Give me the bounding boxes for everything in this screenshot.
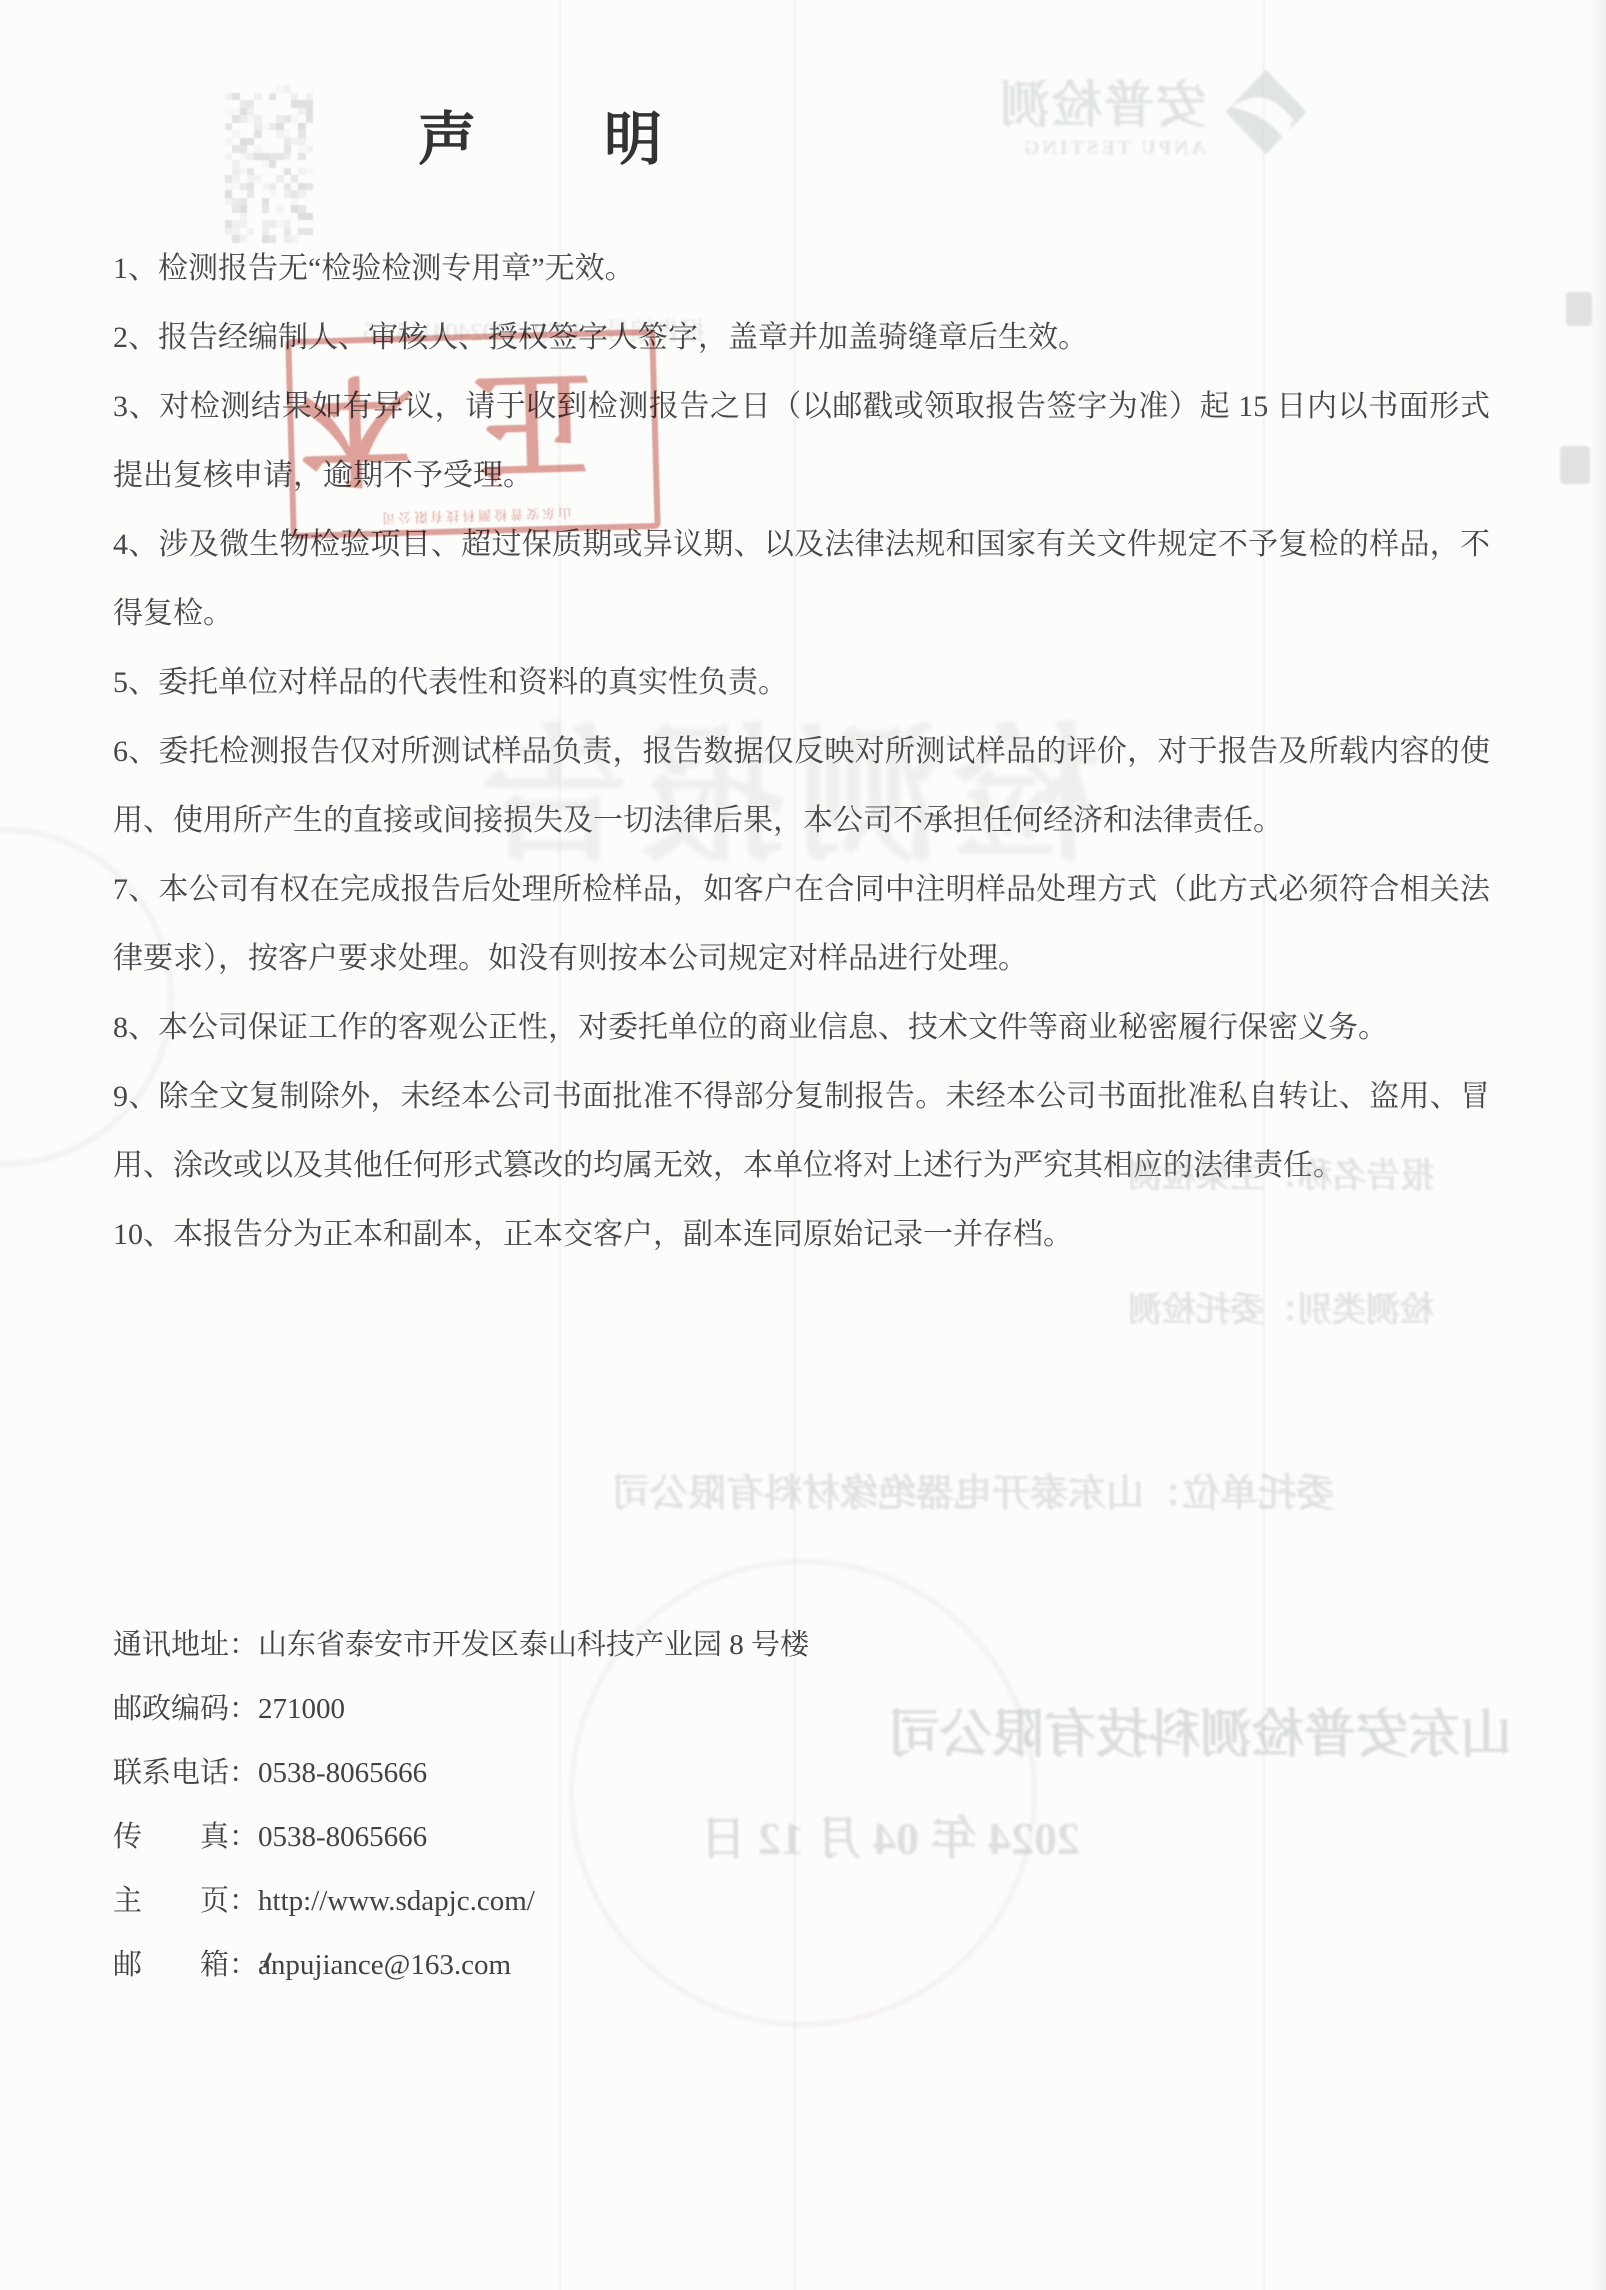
qr-cell — [247, 183, 254, 191]
contact-postcode-label: 邮政编码： — [113, 1677, 258, 1741]
contact-phone-label: 联系电话： — [113, 1741, 258, 1805]
statement-item-10: 10、本报告分为正本和副本，正本交客户，副本连同原始记录一并存档。 — [113, 1200, 1490, 1269]
qr-cell — [291, 138, 298, 146]
qr-cell — [276, 175, 283, 183]
qr-cell — [269, 153, 276, 161]
qr-cell — [284, 138, 291, 146]
contact-homepage-value: http://www.sdapjc.com/ — [258, 1885, 535, 1917]
qr-cell — [247, 175, 254, 183]
qr-cell — [291, 205, 298, 213]
qr-cell — [254, 153, 261, 161]
qr-cell — [262, 123, 269, 131]
contact-fax-label: 传 真： — [113, 1805, 258, 1869]
qr-cell — [306, 145, 313, 153]
page-title: 声 明 — [418, 92, 666, 176]
qr-cell — [262, 198, 269, 206]
qr-cell — [262, 205, 269, 213]
qr-cell — [262, 220, 269, 228]
qr-cell — [298, 205, 305, 213]
qr-cell — [284, 168, 291, 176]
qr-cell — [269, 123, 276, 131]
contact-fax: 传 真：0538-8065666 — [113, 1805, 1213, 1869]
qr-cell — [298, 190, 305, 198]
qr-cell — [232, 160, 239, 168]
contact-email: 邮 箱：anpujiance@163.com — [113, 1933, 1213, 1997]
qr-cell — [232, 183, 239, 191]
qr-cell — [232, 93, 239, 101]
qr-cell — [306, 93, 313, 101]
qr-cell — [225, 175, 232, 183]
contact-block: 通讯地址：山东省泰安市开发区泰山科技产业园 8 号楼 邮政编码：271000 联… — [113, 1613, 1213, 1997]
qr-cell — [240, 198, 247, 206]
qr-cell — [232, 130, 239, 138]
qr-cell — [298, 153, 305, 161]
original-copy-stamp: 正本 山东安普检测科技有限公司 — [285, 329, 660, 539]
qr-cell — [225, 138, 232, 146]
contact-address: 通讯地址：山东省泰安市开发区泰山科技产业园 8 号楼 — [113, 1613, 1213, 1677]
qr-cell — [284, 130, 291, 138]
qr-cell — [284, 115, 291, 123]
original-copy-stamp-caption: 山东安普检测科技有限公司 — [296, 502, 654, 531]
qr-cell — [232, 108, 239, 116]
qr-cell — [306, 108, 313, 116]
qr-cell — [298, 123, 305, 131]
qr-cell — [240, 115, 247, 123]
qr-cell — [298, 130, 305, 138]
statement-item-5: 5、委托单位对样品的代表性和资料的真实性负责。 — [113, 648, 1490, 717]
qr-cell — [240, 183, 247, 191]
qr-cell — [225, 153, 232, 161]
qr-cell — [291, 100, 298, 108]
qr-cell — [240, 100, 247, 108]
qr-cell — [269, 190, 276, 198]
qr-cell — [298, 138, 305, 146]
contact-postcode-value: 271000 — [258, 1693, 345, 1725]
qr-cell — [269, 183, 276, 191]
qr-cell — [247, 115, 254, 123]
bleedthrough-test-category: 检测类别：委托检测 — [1128, 1282, 1434, 1331]
qr-cell — [232, 175, 239, 183]
qr-cell — [240, 168, 247, 176]
qr-cell — [298, 100, 305, 108]
qr-cell — [262, 160, 269, 168]
qr-cell — [247, 190, 254, 198]
qr-cell — [276, 115, 283, 123]
qr-cell — [232, 205, 239, 213]
bleedthrough-logo: 安普检测 ANPU TESTING — [1012, 52, 1312, 172]
qr-cell — [225, 198, 232, 206]
qr-cell — [240, 220, 247, 228]
qr-cell — [240, 213, 247, 221]
qr-cell — [240, 108, 247, 116]
qr-cell — [254, 130, 261, 138]
qr-cell — [232, 145, 239, 153]
qr-cell — [306, 183, 313, 191]
qr-cell — [284, 145, 291, 153]
qr-cell — [291, 198, 298, 206]
qr-cell — [284, 85, 291, 93]
bleedthrough-report-name: 报告名称：主梁检测 — [1128, 1148, 1434, 1197]
logo-text: 安普检测 ANPU TESTING — [998, 65, 1206, 160]
qr-cell — [306, 100, 313, 108]
qr-cell — [247, 108, 254, 116]
statement-item-7: 7、本公司有权在完成报告后处理所检样品，如客户在合同中注明样品处理方式（此方式必… — [113, 855, 1490, 993]
scan-artifact — [1566, 292, 1592, 326]
qr-cell — [225, 183, 232, 191]
logo-text-cn: 安普检测 — [998, 65, 1206, 137]
qr-cell — [276, 130, 283, 138]
qr-cell — [284, 220, 291, 228]
qr-cell — [291, 190, 298, 198]
qr-cell — [276, 205, 283, 213]
contact-phone-value: 0538-8065666 — [258, 1757, 427, 1789]
qr-cell — [262, 153, 269, 161]
contact-homepage: 主 页：http://www.sdapjc.com/ — [113, 1869, 1213, 1933]
qr-cell — [240, 153, 247, 161]
qr-cell — [225, 190, 232, 198]
qr-cell — [284, 153, 291, 161]
qr-cell — [298, 145, 305, 153]
qr-cell — [254, 175, 261, 183]
qr-cell — [298, 183, 305, 191]
qr-code — [225, 85, 313, 243]
qr-cell — [276, 85, 283, 93]
qr-cell — [225, 108, 232, 116]
qr-cell — [247, 153, 254, 161]
contact-address-label: 通讯地址： — [113, 1613, 258, 1677]
statement-item-8: 8、本公司保证工作的客观公正性，对委托单位的商业信息、技术文件等商业秘密履行保密… — [113, 993, 1490, 1062]
qr-cell — [306, 213, 313, 221]
logo-text-en: ANPU TESTING — [998, 137, 1206, 160]
qr-cell — [232, 220, 239, 228]
qr-cell — [306, 168, 313, 176]
qr-cell — [291, 93, 298, 101]
contact-address-value: 山东省泰安市开发区泰山科技产业园 8 号楼 — [258, 1629, 809, 1661]
qr-cell — [276, 123, 283, 131]
qr-cell — [232, 198, 239, 206]
qr-cell — [254, 93, 261, 101]
statement-item-6: 6、委托检测报告仅对所测试样品负责，报告数据仅反映对所测试样品的评价，对于报告及… — [113, 717, 1490, 855]
qr-cell — [240, 138, 247, 146]
qr-cell — [262, 183, 269, 191]
qr-cell — [284, 183, 291, 191]
qr-cell — [269, 160, 276, 168]
qr-cell — [254, 145, 261, 153]
qr-cell — [240, 205, 247, 213]
qr-cell — [247, 100, 254, 108]
qr-cell — [254, 123, 261, 131]
qr-cell — [269, 220, 276, 228]
bleedthrough-client: 委托单位：山东泰开电器绝缘材料有限公司 — [612, 1462, 1334, 1517]
contact-email-label: 邮 箱： — [113, 1933, 258, 1997]
qr-cell — [276, 153, 283, 161]
scan-artifact — [1560, 446, 1590, 484]
qr-cell — [240, 145, 247, 153]
qr-cell — [298, 108, 305, 116]
qr-cell — [232, 115, 239, 123]
qr-cell — [225, 93, 232, 101]
contact-fax-value: 0538-8065666 — [258, 1821, 427, 1853]
scanned-declaration-page: 安普检测 ANPU TESTING 声 明 报告编号：KF(W)20240411… — [0, 0, 1606, 2290]
qr-cell — [291, 175, 298, 183]
contact-phone: 联系电话：0538-8065666 — [113, 1741, 1213, 1805]
qr-cell — [276, 220, 283, 228]
statement-item-1: 1、检测报告无“检验检测专用章”无效。 — [113, 234, 1490, 303]
original-copy-stamp-text: 正本 — [292, 343, 654, 503]
qr-cell — [298, 213, 305, 221]
qr-cell — [247, 168, 254, 176]
qr-cell — [247, 138, 254, 146]
contact-postcode: 邮政编码：271000 — [113, 1677, 1213, 1741]
qr-cell — [291, 115, 298, 123]
qr-cell — [232, 168, 239, 176]
qr-cell — [225, 123, 232, 131]
logo-diamond-icon — [1220, 66, 1312, 158]
qr-cell — [225, 220, 232, 228]
qr-cell — [254, 115, 261, 123]
qr-cell — [306, 115, 313, 123]
qr-cell — [269, 93, 276, 101]
qr-cell — [284, 190, 291, 198]
contact-email-value: anpujiance@163.com — [258, 1949, 511, 1981]
contact-homepage-label: 主 页： — [113, 1869, 258, 1933]
qr-cell — [298, 168, 305, 176]
